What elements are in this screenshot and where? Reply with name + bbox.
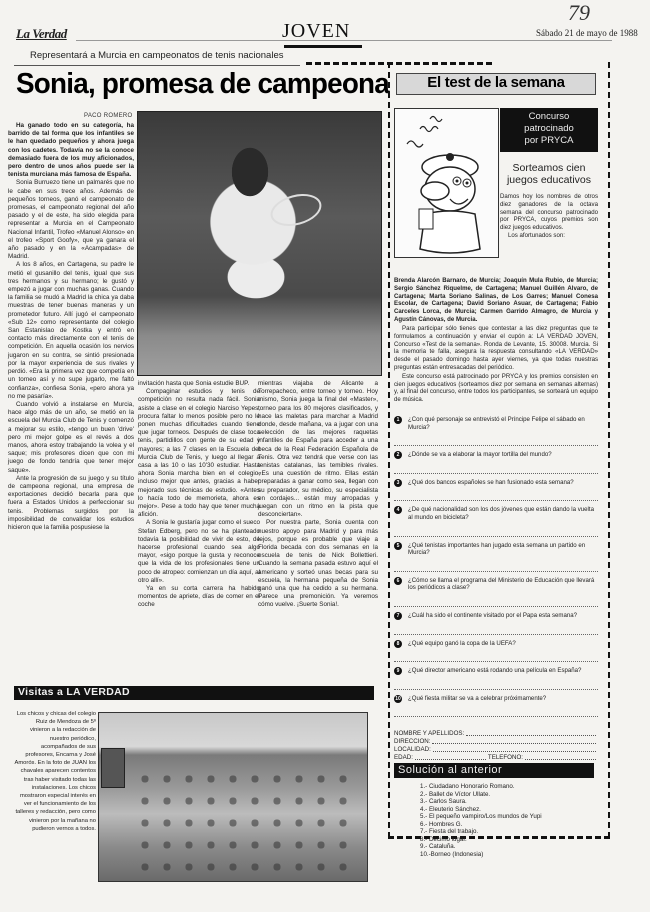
question-item[interactable]: 6¿Cómo se llama el programa del Minister… bbox=[394, 577, 598, 607]
photo-school-group bbox=[98, 712, 368, 882]
article-column-3: mientras viajaba de Alicante a Torrepach… bbox=[258, 380, 378, 610]
article-paragraph: Por nuestra parte, Sonia cuenta con nues… bbox=[258, 519, 378, 609]
question-item[interactable]: 9¿Qué director americano está rodando un… bbox=[394, 667, 598, 690]
question-item[interactable]: 4¿De qué nacionalidad son los dos jóvene… bbox=[394, 506, 598, 536]
article-kicker: Representará a Murcia en campeonatos de … bbox=[30, 50, 290, 61]
test-box-border-left bbox=[388, 62, 390, 838]
question-number-badge: 7 bbox=[394, 612, 402, 620]
masthead-logo: La Verdad bbox=[16, 26, 67, 42]
contest-subhead: Sorteamos cien juegos educativos bbox=[505, 162, 593, 186]
question-number-badge: 8 bbox=[394, 640, 402, 648]
solution-item: 10.-Borneo (Indonesia) bbox=[420, 851, 542, 859]
solution-item: 7.- Fiesta del trabajo. bbox=[420, 828, 542, 836]
quiz-questions: 1¿Con qué personaje se entrevistó el Prí… bbox=[394, 416, 598, 722]
section-title: JOVEN bbox=[282, 20, 350, 43]
solution-item: 3.- Carlos Saura. bbox=[420, 798, 542, 806]
article-paragraph: invitación hasta que Sonia estudie BUP. bbox=[138, 380, 260, 388]
section-underline bbox=[284, 45, 362, 48]
article-paragraph: Ante la progresión de su juego y su títu… bbox=[8, 475, 134, 532]
solutions-title: Solución al anterior bbox=[398, 764, 502, 776]
article-headline: Sonia, promesa de campeona bbox=[16, 68, 389, 101]
article-column-1: Ha ganado todo en su categoría, ha barri… bbox=[8, 122, 134, 532]
name-field[interactable]: NOMBRE Y APELLIDOS: bbox=[394, 730, 598, 738]
question-item[interactable]: 7¿Cuál ha sido el continente visitado po… bbox=[394, 612, 598, 635]
age-phone-field[interactable]: EDAD:TELEFONO: bbox=[394, 754, 598, 762]
address-field[interactable]: DIRECCION: bbox=[394, 738, 598, 746]
question-number-badge: 9 bbox=[394, 667, 402, 675]
kicker-rule bbox=[14, 65, 300, 66]
question-item[interactable]: 10¿Qué fiesta militar se va a celebrar p… bbox=[394, 695, 598, 718]
article-paragraph: Ya en su corta carrera ha habido momento… bbox=[138, 585, 260, 610]
solution-item: 4.- Eleuterio Sánchez. bbox=[420, 806, 542, 814]
question-item[interactable]: 8¿Qué equipo ganó la copa de la UEFA? bbox=[394, 640, 598, 663]
article-paragraph: A Sonia le gustaría jugar como el sueco … bbox=[138, 519, 260, 585]
issue-date: Sábado 21 de mayo de 1988 bbox=[536, 28, 638, 38]
test-title: El test de la semana bbox=[396, 74, 596, 91]
solution-item: 8.- Décimo lugar. bbox=[420, 836, 542, 844]
article-byline: PACO ROMERO bbox=[84, 113, 133, 119]
solution-item: 5.- El pequeño vampiro/Los mundos de Yup… bbox=[420, 813, 542, 821]
article-paragraph: Compaginar estudios y tenis de competici… bbox=[138, 388, 260, 519]
solution-item: 2.- Ballet de Víctor Ullate. bbox=[420, 791, 542, 799]
question-item[interactable]: 1¿Con qué personaje se entrevistó el Prí… bbox=[394, 416, 598, 446]
town-field[interactable]: LOCALIDAD: bbox=[394, 746, 598, 754]
solution-item: 9.- Cataluña. bbox=[420, 843, 542, 851]
question-number-badge: 10 bbox=[394, 695, 402, 703]
confused-man-drawing-icon bbox=[395, 109, 498, 257]
page-number: 79 bbox=[568, 0, 590, 26]
test-box-border-right bbox=[608, 62, 610, 838]
cartoon-illustration bbox=[394, 108, 499, 258]
solution-item: 1.- Ciudadano Honorario Romano. bbox=[420, 783, 542, 791]
entry-coupon: NOMBRE Y APELLIDOS: DIRECCION: LOCALIDAD… bbox=[394, 730, 598, 762]
question-number-badge: 1 bbox=[394, 416, 402, 424]
wall-poster bbox=[101, 748, 125, 788]
question-number-badge: 2 bbox=[394, 451, 402, 459]
photo-sonia-tennis bbox=[137, 111, 382, 376]
question-number-badge: 3 bbox=[394, 479, 402, 487]
question-item[interactable]: 2¿Dónde se va a elaborar la mayor tortil… bbox=[394, 451, 598, 474]
visits-title: Visitas a LA VERDAD bbox=[18, 686, 130, 698]
question-number-badge: 5 bbox=[394, 542, 402, 550]
article-paragraph: Cuando volvió a instalarse en Murcia, ha… bbox=[8, 401, 134, 475]
article-paragraph: A los 8 años, en Cartagena, su padre le … bbox=[8, 261, 134, 400]
article-column-2: invitación hasta que Sonia estudie BUP. … bbox=[138, 380, 260, 610]
question-item[interactable]: 3¿Qué dos bancos españoles se han fusion… bbox=[394, 479, 598, 502]
article-paragraph: mientras viajaba de Alicante a Torrepach… bbox=[258, 380, 378, 519]
contest-rules: Para participar sólo tienes que contesta… bbox=[394, 325, 598, 405]
group-of-children bbox=[134, 768, 359, 878]
solution-item: 6.- Hombres G. bbox=[420, 821, 542, 829]
question-number-badge: 4 bbox=[394, 506, 402, 514]
contest-intro: Damos hoy los nombres de otros diez gana… bbox=[500, 193, 598, 240]
test-box-border-top bbox=[306, 62, 492, 65]
article-lead: Ha ganado todo en su categoría, ha barri… bbox=[8, 122, 134, 179]
sponsor-label: Concurso patrocinado por PRYCA bbox=[500, 111, 598, 147]
visits-caption: Los chicos y chicas del colegio Ruiz de … bbox=[14, 710, 96, 833]
article-paragraph: Sonia Burruezo tiene un palmarés que no … bbox=[8, 179, 134, 261]
winners-list: Brenda Alarcón Barnaro, de Murcia; Joaqu… bbox=[394, 277, 598, 324]
solutions-list: 1.- Ciudadano Honorario Romano. 2.- Ball… bbox=[420, 783, 542, 858]
question-item[interactable]: 5¿Qué tenistas importantes han jugado es… bbox=[394, 542, 598, 572]
question-number-badge: 6 bbox=[394, 577, 402, 585]
